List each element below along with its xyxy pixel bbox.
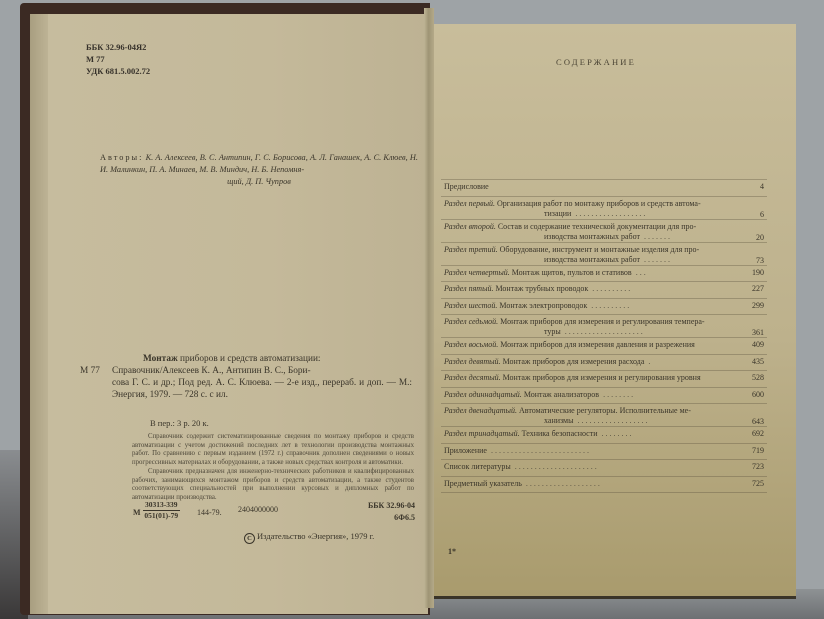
toc-section-title-cont: туры .................... — [444, 327, 729, 337]
toc-leader: ....... — [640, 232, 672, 241]
bib-continuation: сова Г. С. и др.; Под ред. А. С. Клюева.… — [80, 377, 412, 401]
toc-entry-text: Раздел первый. Организация работ по монт… — [444, 199, 729, 219]
toc-section-title: Монтаж приборов для измерения и регулиро… — [498, 317, 704, 326]
toc-section-title-cont: изводства монтажных работ ....... — [444, 255, 729, 265]
toc-divider — [441, 443, 767, 444]
page-title: СОДЕРЖАНИЕ — [556, 57, 636, 68]
toc-section-title: Монтаж приборов для измерения расхода — [501, 357, 645, 366]
bib-mark: М 77 — [80, 365, 112, 377]
toc-section-title: Организация работ по монтажу приборов и … — [495, 199, 701, 208]
toc-leader: . — [644, 357, 652, 366]
toc-divider — [441, 314, 767, 315]
toc-section-label: Раздел шестой. — [444, 301, 497, 310]
bbk-code: ББК 32.96-04 — [368, 500, 415, 512]
toc-leader: .................. — [574, 416, 650, 425]
udk-code: УДК 681.5.002.72 — [86, 65, 150, 77]
toc-leader: .......... — [588, 284, 632, 293]
toc-section-title: Предметный указатель — [444, 479, 522, 488]
toc-leader: .......... — [587, 301, 631, 310]
toc-entry-text: Раздел второй. Состав и содержание техни… — [444, 222, 729, 242]
toc-divider — [441, 196, 767, 197]
toc-section-title: Монтаж трубных проводок — [494, 284, 589, 293]
bbk-sub: 6Ф6.5 — [368, 512, 415, 524]
toc-divider — [441, 179, 767, 180]
m-code: М 77 — [86, 53, 150, 65]
toc-section-title: Монтаж приборов для измерения и регулиро… — [501, 373, 701, 382]
copyright-text: Издательство «Энергия», 1979 г. — [257, 531, 374, 541]
bib-title-bold: Монтаж — [143, 354, 178, 364]
book-gutter — [424, 8, 434, 608]
imprint-numerator: 30313-339 — [143, 500, 180, 511]
toc-section-title: Монтаж электропроводок — [497, 301, 587, 310]
bib-title: приборов и средств автоматизации: — [178, 354, 321, 364]
toc-page-number: 435 — [752, 357, 764, 367]
imprint-codes: М 30313-339 051(01)-79 144-79. 240400000… — [133, 500, 415, 530]
bib-line: Справочник/Алексеев К. А., Антипин В. С.… — [112, 366, 311, 376]
toc-section-label: Раздел двенадцатый. — [444, 406, 517, 415]
imprint-code: 144-79. — [197, 507, 222, 518]
toc-section-label: Раздел седьмой. — [444, 317, 498, 326]
toc-page-number: 299 — [752, 301, 764, 311]
copyright: CИздательство «Энергия», 1979 г. — [244, 531, 374, 544]
toc-leader: ......................... — [487, 446, 591, 455]
toc-page-number: 409 — [752, 340, 764, 350]
toc-section-label: Раздел пятый. — [444, 284, 494, 293]
toc-divider — [441, 281, 767, 282]
toc-section-label: Раздел третий. — [444, 245, 498, 254]
toc-entry-text: Раздел одиннадцатый. Монтаж анализаторов… — [444, 390, 729, 400]
toc-entry-text: Раздел седьмой. Монтаж приборов для изме… — [444, 317, 729, 337]
toc-divider — [441, 403, 767, 404]
toc-section-title: Список литературы — [444, 462, 511, 471]
toc-divider — [441, 337, 767, 338]
toc-section-title: Автоматические регуляторы. Исполнительны… — [517, 406, 691, 415]
toc-entry-text: Список литературы ..................... — [444, 462, 729, 472]
imprint-fraction: 30313-339 051(01)-79 — [143, 500, 180, 521]
toc-divider — [441, 354, 767, 355]
annotation: Справочник содержит систематизированные … — [132, 433, 414, 503]
toc-page-number: 528 — [752, 373, 764, 383]
toc-section-label: Раздел второй. — [444, 222, 496, 231]
toc-entry-text: Раздел шестой. Монтаж электропроводок ..… — [444, 301, 729, 311]
toc-divider — [441, 459, 767, 460]
bbk-code: ББК 32.96-04Я2 — [86, 41, 150, 53]
imprint-letter: М — [133, 507, 141, 518]
imprint-code: 2404000000 — [238, 504, 278, 515]
toc-leader: ................... — [522, 479, 602, 488]
imprint-denominator: 051(01)-79 — [143, 511, 180, 521]
toc-section-label: Раздел девятый. — [444, 357, 501, 366]
toc-page-number: 227 — [752, 284, 764, 294]
classification-codes: ББК 32.96-04Я2 М 77 УДК 681.5.002.72 — [86, 41, 150, 77]
toc-entry-text: Предметный указатель ................... — [444, 479, 729, 489]
toc-section-label: Раздел четвертый. — [444, 268, 510, 277]
toc-leader: ... — [632, 268, 648, 277]
toc-entry-text: Раздел четвертый. Монтаж щитов, пультов … — [444, 268, 729, 278]
toc-page-number: 719 — [752, 446, 764, 456]
toc-leader: ....... — [640, 255, 672, 264]
toc-section-title: Техника безопасности — [520, 429, 598, 438]
toc-section-title-cont: ханизмы .................. — [444, 416, 729, 426]
authors-block: Авторы: К. А. Алексеев, В. С. Антипин, Г… — [100, 152, 418, 188]
toc-section-title: Приложение — [444, 446, 487, 455]
toc-section-label: Раздел одиннадцатый. — [444, 390, 522, 399]
toc-page-number: 190 — [752, 268, 764, 278]
toc-page-number: 600 — [752, 390, 764, 400]
price: В пер.: 3 р. 20 к. — [150, 418, 209, 429]
printer-signature: 1* — [448, 546, 456, 557]
toc-divider — [441, 476, 767, 477]
toc-entry-text: Предисловие — [444, 182, 729, 192]
annotation-paragraph: Справочник предназначен для инженерно-те… — [132, 468, 414, 503]
toc-leader: ........ — [598, 429, 634, 438]
toc-divider — [441, 426, 767, 427]
toc-section-title: Монтаж щитов, пультов и стативов — [510, 268, 632, 277]
toc-divider — [441, 492, 767, 493]
toc-section-title: Состав и содержание технической документ… — [496, 222, 696, 231]
toc-divider — [441, 370, 767, 371]
toc-section-title-cont: тизации .................. — [444, 209, 729, 219]
toc-divider — [441, 265, 767, 266]
toc-page-number: 723 — [752, 462, 764, 472]
copyright-icon: C — [244, 533, 255, 544]
authors-label: Авторы: — [100, 153, 143, 162]
toc-entry-text: Раздел девятый. Монтаж приборов для изме… — [444, 357, 729, 367]
toc-section-label: Раздел восьмой. — [444, 340, 498, 349]
toc-section-title: Монтаж анализаторов — [522, 390, 599, 399]
toc-leader: .................... — [561, 327, 645, 336]
imprint-bbk: ББК 32.96-04 6Ф6.5 — [368, 500, 415, 524]
toc-divider — [441, 219, 767, 220]
toc-page-number: 4 — [760, 182, 764, 192]
toc-section-label: Раздел первый. — [444, 199, 495, 208]
toc-entry-text: Раздел восьмой. Монтаж приборов для изме… — [444, 340, 729, 350]
flyleaf-edge — [30, 14, 48, 614]
toc-entry-text: Раздел третий. Оборудование, инструмент … — [444, 245, 729, 265]
authors-list-end: щий, Д. П. Чупров — [100, 176, 418, 188]
toc-section-label: Раздел десятый. — [444, 373, 501, 382]
toc-leader: ........ — [599, 390, 635, 399]
toc-page-number: 725 — [752, 479, 764, 489]
toc-section-title: Предисловие — [444, 182, 489, 191]
toc-section-title: Оборудование, инструмент и монтажные изд… — [498, 245, 700, 254]
toc-entry-text: Раздел десятый. Монтаж приборов для изме… — [444, 373, 729, 383]
toc-page-number: 692 — [752, 429, 764, 439]
toc-entry-text: Раздел двенадцатый. Автоматические регул… — [444, 406, 729, 426]
toc-entry-text: Раздел тринадцатый. Техника безопасности… — [444, 429, 729, 439]
toc-section-title-cont: изводства монтажных работ ....... — [444, 232, 729, 242]
toc-divider — [441, 387, 767, 388]
toc-leader: .................. — [571, 209, 647, 218]
bibliographic-record: Монтаж приборов и средств автоматизации:… — [80, 353, 412, 401]
table-of-contents: Предисловие4Раздел первый. Организация р… — [441, 179, 767, 479]
toc-divider — [441, 298, 767, 299]
annotation-paragraph: Справочник содержит систематизированные … — [132, 433, 414, 468]
toc-leader: ..................... — [511, 462, 599, 471]
toc-entry-text: Раздел пятый. Монтаж трубных проводок ..… — [444, 284, 729, 294]
toc-section-label: Раздел тринадцатый. — [444, 429, 520, 438]
authors-list: К. А. Алексеев, В. С. Антипин, Г. С. Бор… — [100, 153, 418, 174]
toc-divider — [441, 242, 767, 243]
toc-entry-text: Приложение ......................... — [444, 446, 729, 456]
toc-section-title: Монтаж приборов для измерения давления и… — [498, 340, 695, 349]
